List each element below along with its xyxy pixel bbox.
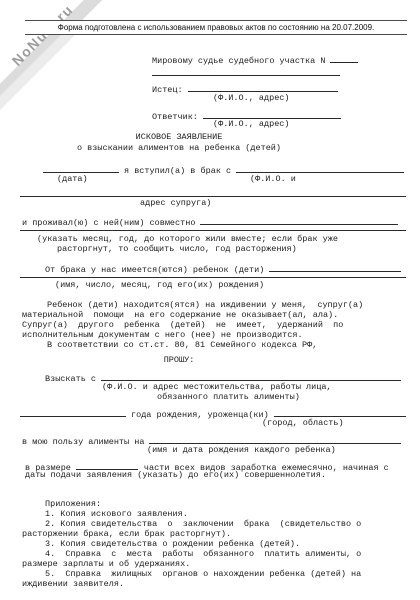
blank-defendant <box>203 109 341 119</box>
blank-children <box>269 262 401 272</box>
birth-line: года рождения, уроженца(ки) <box>20 407 406 417</box>
cohabit-text: и проживал(ю) с ней(ним) совместно <box>22 218 195 228</box>
document-title: ИСКОВОЕ ЗАЯВЛЕНИЕ <box>0 132 358 142</box>
blank-court-number <box>330 53 358 63</box>
attachment-item-5-cont: иждивении заявителя. <box>22 579 124 589</box>
spouse-fio-caption: (Ф.И.О. и <box>250 174 296 184</box>
blank-marriage-date <box>43 163 119 173</box>
attachment-item-5: 5. Справка жилищных органов о нахождении… <box>45 569 361 579</box>
marriage-line: я вступил(а) в брак с <box>43 163 404 173</box>
favor-caption: (имя и дата рождения каждого ребенка) <box>147 445 336 455</box>
payer-caption-1: (Ф.И.О. и адрес местожительства, работы … <box>102 382 332 392</box>
blank-line-addressee <box>152 66 340 76</box>
notice-text: Форма подготовлена с использованием прав… <box>58 23 375 32</box>
blank-birth-year <box>20 407 126 417</box>
document-subtitle: о взыскании алиментов на ребенка (детей) <box>0 143 358 153</box>
blank-favor-children <box>149 434 401 444</box>
children-line: От брака у нас имеется(ются) ребенок (де… <box>45 262 401 272</box>
paragraph-line-1: Ребенок (дети) находится(ятся) на иждиве… <box>47 300 363 310</box>
children-caption: (имя, число, месяц, год его(их) рождения… <box>55 280 264 290</box>
attachment-item-4-cont: размере зарплаты и об удержаниях. <box>22 559 190 569</box>
paragraph-line-2: материальной помощи на его содержание не… <box>22 310 338 320</box>
paragraph-line-5: В соответствии со ст.ст. 80, 81 Семейног… <box>47 340 317 350</box>
paragraph-line-4: исполнительным документам с него (нее) н… <box>22 330 303 340</box>
collect-line: Взыскать с <box>45 371 401 381</box>
children-text: От брака у нас имеется(ются) ребенок (де… <box>45 265 264 275</box>
blank-share <box>76 460 138 470</box>
blank-payer-fio <box>101 371 401 381</box>
plaintiff-label: Истец: <box>152 85 183 95</box>
attachment-item-3: 3. Копия свидетельства о рождении ребенк… <box>45 539 300 549</box>
attachment-item-2-cont: расторжении брака, если брак расторгнут)… <box>22 529 231 539</box>
plaintiff-line: Истец: <box>152 82 338 92</box>
cohabit-line: и проживал(ю) с ней(ним) совместно <box>22 215 398 225</box>
attachment-item-4: 4. Справка с места работы обязанного пла… <box>45 549 361 559</box>
notice-band: Форма подготовлена с использованием прав… <box>25 20 407 35</box>
date-caption: (дата) <box>57 174 88 184</box>
request-heading: ПРОШУ: <box>0 355 358 365</box>
document-page: NoNum.ru Форма подготовлена с использова… <box>0 0 420 600</box>
defendant-caption: (Ф.И.О., адрес) <box>213 119 290 129</box>
marriage-text: я вступил(а) в брак с <box>124 166 231 176</box>
size-line-2: даты подачи заявления (указать) до его(и… <box>25 470 326 480</box>
plaintiff-caption: (Ф.И.О., адрес) <box>213 93 290 103</box>
payer-caption-2: обязанного платить алименты) <box>157 392 300 402</box>
blank-cohabit-until <box>200 215 398 225</box>
size-line-1: в размеречасти всех видов заработка ежем… <box>25 460 389 470</box>
blank-children-details <box>20 277 406 278</box>
attachments-heading: Приложения: <box>45 499 101 509</box>
favor-line: в мою пользу алименты на <box>22 434 401 444</box>
blank-birth-place <box>274 407 406 417</box>
blank-addressee <box>152 66 340 76</box>
court-line: Мировому судье судебного участка N <box>152 53 358 63</box>
collect-text: Взыскать с <box>45 374 96 384</box>
blank-spouse-fio <box>236 163 404 173</box>
birth-text: года рождения, уроженца(ки) <box>131 410 269 420</box>
defendant-label: Ответчик: <box>152 112 198 122</box>
favor-text: в мою пользу алименты на <box>22 437 144 447</box>
cohabit-caption-1: (указать месяц, год, до которого жили вм… <box>37 234 338 244</box>
city-caption: (город, область) <box>262 418 344 428</box>
spouse-address-caption: адрес супруга) <box>140 198 211 208</box>
defendant-line: Ответчик: <box>152 109 341 119</box>
cohabit-caption-2: расторгнут, то сообщить число, год расто… <box>57 244 297 254</box>
blank-spouse-address <box>20 196 406 197</box>
attachment-item-2: 2. Копия свидетельства о заключении брак… <box>45 519 361 529</box>
paragraph-line-3: Супруг(а) другого ребенка (детей) не име… <box>22 320 343 330</box>
blank-cohabit-details <box>20 230 406 231</box>
attachment-item-1: 1. Копия искового заявления. <box>45 509 188 519</box>
blank-plaintiff <box>188 82 338 92</box>
court-label: Мировому судье судебного участка N <box>152 56 325 66</box>
